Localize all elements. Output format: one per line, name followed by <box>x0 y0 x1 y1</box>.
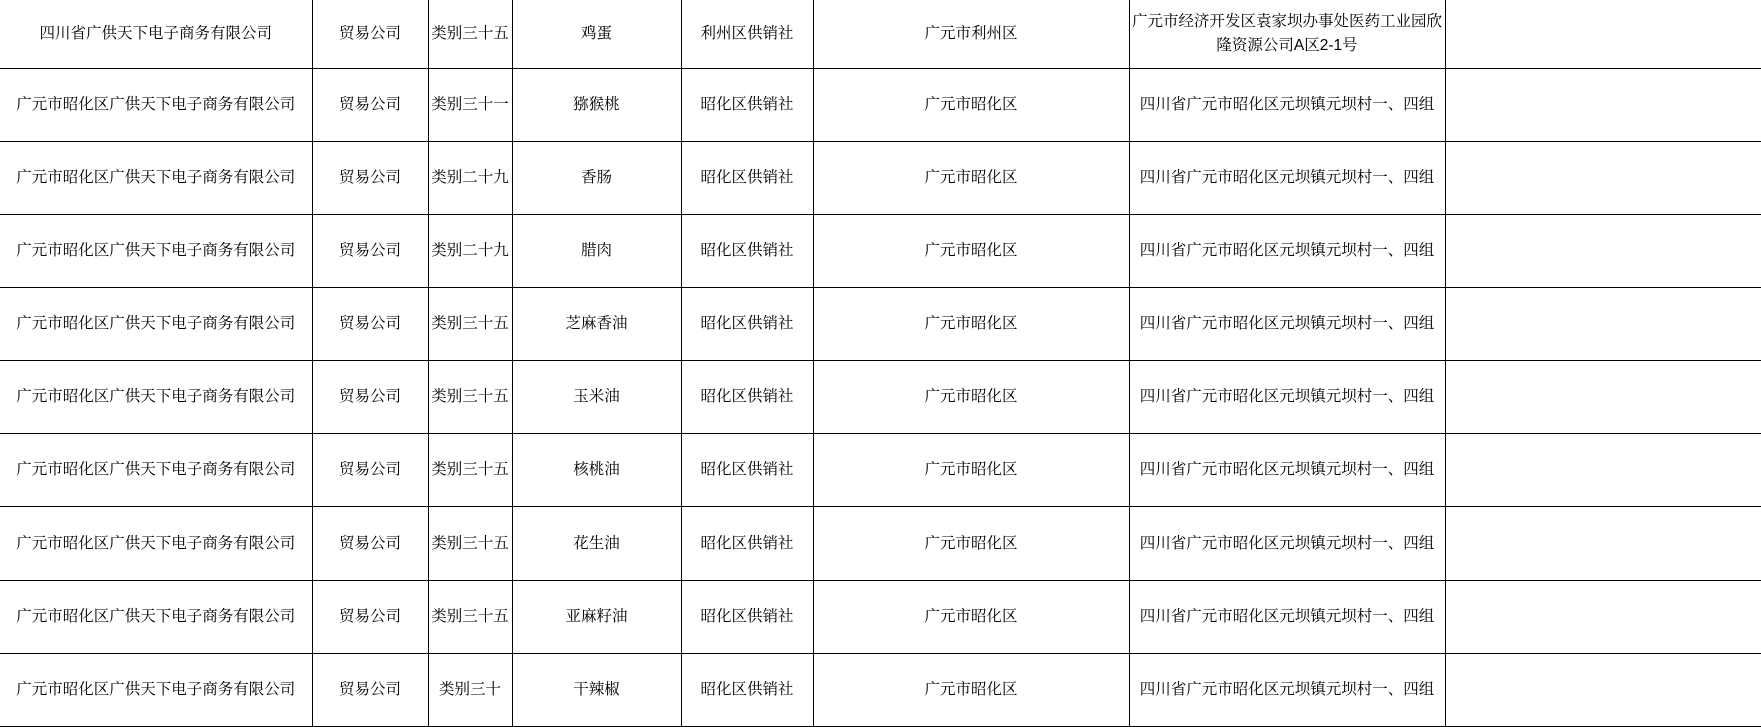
table-cell <box>1445 214 1761 287</box>
table-cell: 广元市昭化区广供天下电子商务有限公司 <box>0 141 312 214</box>
table-cell: 昭化区供销社 <box>681 214 813 287</box>
table-cell: 广元市昭化区广供天下电子商务有限公司 <box>0 214 312 287</box>
table-cell: 类别三十 <box>428 653 512 726</box>
table-cell: 昭化区供销社 <box>681 361 813 434</box>
table-cell: 四川省广元市昭化区元坝镇元坝村一、四组 <box>1129 361 1445 434</box>
table-cell: 四川省广元市昭化区元坝镇元坝村一、四组 <box>1129 653 1445 726</box>
table-cell: 类别三十一 <box>428 68 512 141</box>
table-cell: 四川省广元市昭化区元坝镇元坝村一、四组 <box>1129 141 1445 214</box>
table-cell <box>1445 141 1761 214</box>
table-cell: 广元市昭化区 <box>813 288 1129 361</box>
table-cell: 四川省广供天下电子商务有限公司 <box>0 0 312 68</box>
table-cell: 类别三十五 <box>428 288 512 361</box>
table-cell: 类别三十五 <box>428 361 512 434</box>
table-cell: 类别二十九 <box>428 214 512 287</box>
table-cell: 广元市昭化区 <box>813 361 1129 434</box>
table-cell: 广元市昭化区广供天下电子商务有限公司 <box>0 580 312 653</box>
table-cell: 香肠 <box>512 141 681 214</box>
table-row: 广元市昭化区广供天下电子商务有限公司贸易公司类别二十九香肠昭化区供销社广元市昭化… <box>0 141 1761 214</box>
table-cell: 贸易公司 <box>312 434 428 507</box>
table-cell <box>1445 653 1761 726</box>
table-cell: 类别三十五 <box>428 0 512 68</box>
table-cell: 核桃油 <box>512 434 681 507</box>
table-cell: 昭化区供销社 <box>681 288 813 361</box>
table-row: 广元市昭化区广供天下电子商务有限公司贸易公司类别三十一猕猴桃昭化区供销社广元市昭… <box>0 68 1761 141</box>
table-row: 广元市昭化区广供天下电子商务有限公司贸易公司类别二十九腊肉昭化区供销社广元市昭化… <box>0 214 1761 287</box>
table-cell: 贸易公司 <box>312 214 428 287</box>
table-cell: 昭化区供销社 <box>681 68 813 141</box>
table-cell: 广元市昭化区广供天下电子商务有限公司 <box>0 434 312 507</box>
table-page: 四川省广供天下电子商务有限公司贸易公司类别三十五鸡蛋利州区供销社广元市利州区广元… <box>0 0 1761 727</box>
table-cell: 广元市昭化区 <box>813 507 1129 580</box>
table-cell: 贸易公司 <box>312 68 428 141</box>
table-cell <box>1445 68 1761 141</box>
table-cell: 猕猴桃 <box>512 68 681 141</box>
table-cell: 广元市昭化区广供天下电子商务有限公司 <box>0 361 312 434</box>
table-cell: 四川省广元市昭化区元坝镇元坝村一、四组 <box>1129 580 1445 653</box>
table-cell <box>1445 288 1761 361</box>
table-cell: 利州区供销社 <box>681 0 813 68</box>
table-cell: 广元市昭化区广供天下电子商务有限公司 <box>0 653 312 726</box>
table-cell: 贸易公司 <box>312 0 428 68</box>
table-cell: 广元市经济开发区袁家坝办事处医药工业园欣隆资源公司A区2-1号 <box>1129 0 1445 68</box>
table-cell <box>1445 0 1761 68</box>
table-row: 广元市昭化区广供天下电子商务有限公司贸易公司类别三十五玉米油昭化区供销社广元市昭… <box>0 361 1761 434</box>
table-cell: 亚麻籽油 <box>512 580 681 653</box>
table-cell <box>1445 580 1761 653</box>
table-cell <box>1445 361 1761 434</box>
table-cell: 贸易公司 <box>312 653 428 726</box>
table-cell: 干辣椒 <box>512 653 681 726</box>
table-cell: 广元市昭化区 <box>813 68 1129 141</box>
table-cell: 芝麻香油 <box>512 288 681 361</box>
supplier-products-table: 四川省广供天下电子商务有限公司贸易公司类别三十五鸡蛋利州区供销社广元市利州区广元… <box>0 0 1761 727</box>
table-cell: 广元市昭化区 <box>813 434 1129 507</box>
table-cell: 广元市昭化区 <box>813 141 1129 214</box>
table-cell: 类别三十五 <box>428 507 512 580</box>
table-row: 广元市昭化区广供天下电子商务有限公司贸易公司类别三十干辣椒昭化区供销社广元市昭化… <box>0 653 1761 726</box>
table-row: 四川省广供天下电子商务有限公司贸易公司类别三十五鸡蛋利州区供销社广元市利州区广元… <box>0 0 1761 68</box>
table-cell: 贸易公司 <box>312 580 428 653</box>
table-cell <box>1445 434 1761 507</box>
table-cell: 昭化区供销社 <box>681 580 813 653</box>
table-cell: 花生油 <box>512 507 681 580</box>
table-row: 广元市昭化区广供天下电子商务有限公司贸易公司类别三十五芝麻香油昭化区供销社广元市… <box>0 288 1761 361</box>
table-cell: 贸易公司 <box>312 288 428 361</box>
table-cell: 昭化区供销社 <box>681 434 813 507</box>
table-cell: 广元市昭化区 <box>813 214 1129 287</box>
table-cell: 广元市昭化区广供天下电子商务有限公司 <box>0 288 312 361</box>
table-cell: 广元市昭化区广供天下电子商务有限公司 <box>0 68 312 141</box>
table-cell <box>1445 507 1761 580</box>
table-cell: 昭化区供销社 <box>681 507 813 580</box>
table-cell: 昭化区供销社 <box>681 653 813 726</box>
table-row: 广元市昭化区广供天下电子商务有限公司贸易公司类别三十五花生油昭化区供销社广元市昭… <box>0 507 1761 580</box>
table-cell: 四川省广元市昭化区元坝镇元坝村一、四组 <box>1129 434 1445 507</box>
table-cell: 腊肉 <box>512 214 681 287</box>
table-cell: 类别三十五 <box>428 434 512 507</box>
table-body: 四川省广供天下电子商务有限公司贸易公司类别三十五鸡蛋利州区供销社广元市利州区广元… <box>0 0 1761 727</box>
table-cell: 贸易公司 <box>312 141 428 214</box>
table-cell: 广元市昭化区 <box>813 580 1129 653</box>
table-cell: 鸡蛋 <box>512 0 681 68</box>
table-cell: 四川省广元市昭化区元坝镇元坝村一、四组 <box>1129 507 1445 580</box>
table-cell: 昭化区供销社 <box>681 141 813 214</box>
table-cell: 类别二十九 <box>428 141 512 214</box>
table-cell: 玉米油 <box>512 361 681 434</box>
table-row: 广元市昭化区广供天下电子商务有限公司贸易公司类别三十五核桃油昭化区供销社广元市昭… <box>0 434 1761 507</box>
table-row: 广元市昭化区广供天下电子商务有限公司贸易公司类别三十五亚麻籽油昭化区供销社广元市… <box>0 580 1761 653</box>
table-cell: 广元市昭化区 <box>813 653 1129 726</box>
table-cell: 类别三十五 <box>428 580 512 653</box>
table-cell: 广元市昭化区广供天下电子商务有限公司 <box>0 507 312 580</box>
table-cell: 四川省广元市昭化区元坝镇元坝村一、四组 <box>1129 214 1445 287</box>
table-cell: 贸易公司 <box>312 507 428 580</box>
table-cell: 四川省广元市昭化区元坝镇元坝村一、四组 <box>1129 288 1445 361</box>
table-cell: 广元市利州区 <box>813 0 1129 68</box>
table-cell: 贸易公司 <box>312 361 428 434</box>
table-cell: 四川省广元市昭化区元坝镇元坝村一、四组 <box>1129 68 1445 141</box>
